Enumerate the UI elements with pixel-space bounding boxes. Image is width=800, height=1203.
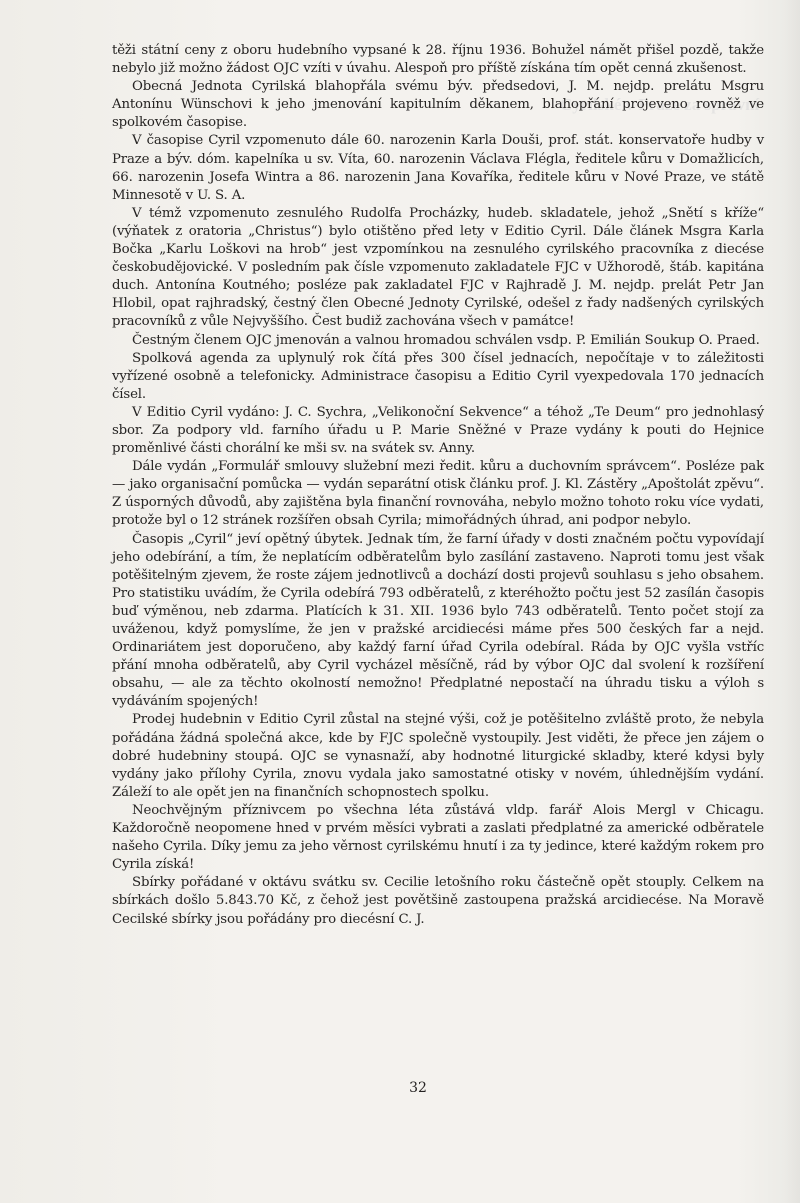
paragraph: Dále vydán „Formulář smlouvy služební me… bbox=[112, 458, 764, 530]
page: Cyrilské v Praze za správní těži státní … bbox=[0, 0, 800, 1203]
paragraph: V témž vzpomenuto zesnulého Rudolfa Proc… bbox=[112, 205, 764, 332]
paragraph: V časopise Cyril vzpomenuto dále 60. nar… bbox=[112, 132, 764, 204]
body-text: těži státní ceny z oboru hudebního vypsa… bbox=[112, 42, 764, 929]
paragraph: Časopis „Cyril“ jeví opětný úbytek. Jedn… bbox=[112, 531, 764, 712]
paragraph: těži státní ceny z oboru hudebního vypsa… bbox=[112, 42, 764, 78]
paragraph: V Editio Cyril vydáno: J. C. Sychra, „Ve… bbox=[112, 404, 764, 458]
paragraph: Prodej hudebnin v Editio Cyril zůstal na… bbox=[112, 711, 764, 801]
paragraph: Neochvějným příznivcem po všechna léta z… bbox=[112, 802, 764, 874]
paragraph: Sbírky pořádané v oktávu svátku sv. Ceci… bbox=[112, 874, 764, 928]
paragraph: Obecná Jednota Cyrilská blahopřála svému… bbox=[112, 78, 764, 132]
page-number: 32 bbox=[0, 1080, 800, 1096]
paragraph: Spolková agenda za uplynulý rok čítá pře… bbox=[112, 350, 764, 404]
paragraph: Čestným členem OJC jmenován a valnou hro… bbox=[112, 332, 764, 350]
